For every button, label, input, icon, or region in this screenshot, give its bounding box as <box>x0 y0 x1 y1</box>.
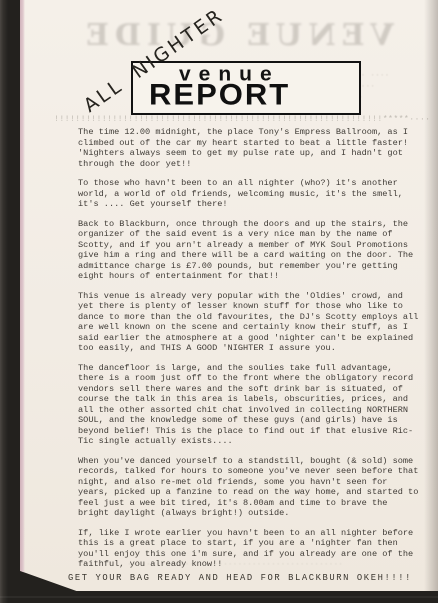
footer-slogan: GET YOUR BAG READY AND HEAD FOR BLACKBUR… <box>50 573 430 583</box>
article-paragraph: The time 12.00 midnight, the place Tony'… <box>78 127 418 169</box>
article-paragraph: Back to Blackburn, once through the door… <box>78 219 418 282</box>
venue-report-masthead: venue REPORT <box>131 61 361 115</box>
bleedthrough-ghost-title: VENUE GUIDE <box>36 18 438 53</box>
scanned-page: VENUE GUIDE ···· ······· ··· ········· ·… <box>0 0 438 603</box>
page-left-pink-edge <box>20 0 25 591</box>
scan-right-shadow <box>424 0 438 591</box>
article-paragraph: The dancefloor is large, and the soulies… <box>78 363 418 447</box>
article-paragraph: When you've danced yourself to a standst… <box>78 456 418 519</box>
article-paragraph: This venue is already very popular with … <box>78 291 418 354</box>
scan-bottom-edge <box>0 596 438 598</box>
masthead-word-report: REPORT <box>149 81 359 110</box>
article-paragraph: To those who havn't been to an all night… <box>78 178 418 210</box>
fanzine-page: VENUE GUIDE ···· ······· ··· ········· ·… <box>20 0 438 591</box>
bleedthrough-divider-row: ····*****!!!!!!!!!!!!!!!!!!!!!!!!!!!!!!!… <box>52 115 430 124</box>
article-body: The time 12.00 midnight, the place Tony'… <box>78 127 418 579</box>
article-paragraph: If, like I wrote earlier you havn't been… <box>78 528 418 570</box>
